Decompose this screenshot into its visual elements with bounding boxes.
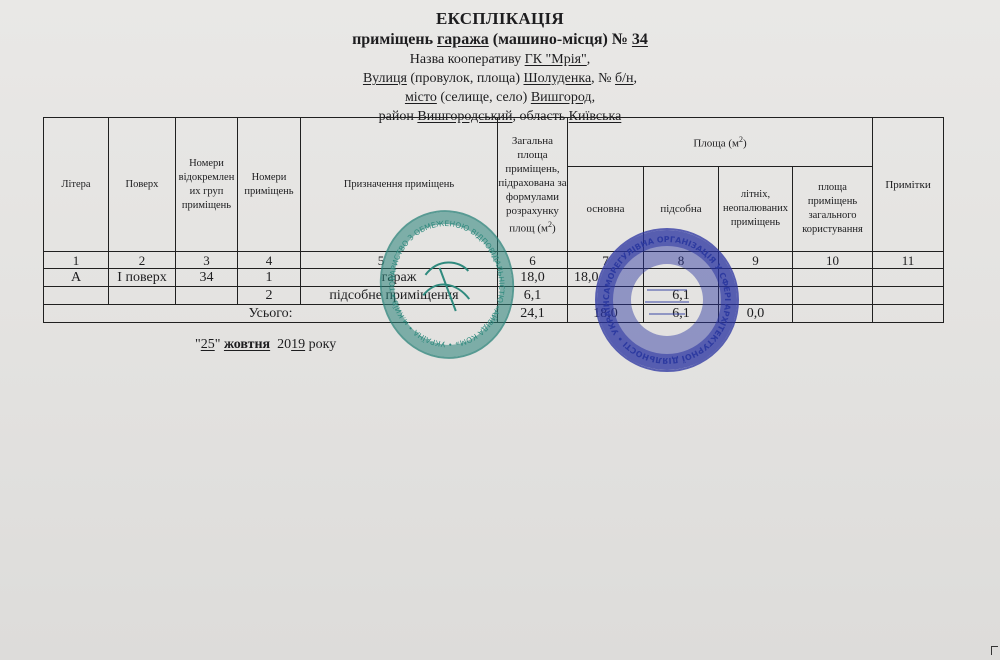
cell-summer: [719, 269, 793, 287]
street-no-label: , №: [591, 71, 615, 86]
punct: ,: [634, 71, 638, 86]
cell-purpose: підсобне приміщення: [301, 287, 498, 305]
cell-floor: I поверх: [109, 269, 176, 287]
street-number: б/н: [615, 71, 634, 86]
cell-summer: 0,0: [719, 305, 793, 323]
header-litera: Літера: [44, 118, 109, 252]
explication-table: Літера Поверх Номери відокремлен их груп…: [43, 117, 944, 323]
cell-group: 34: [176, 269, 238, 287]
street-line: Вулиця (провулок, площа) Шолуденка, № б/…: [250, 69, 750, 88]
street-label: Вулиця: [363, 71, 407, 86]
cell-common: [793, 287, 873, 305]
document-title: ЕКСПЛІКАЦІЯ: [250, 8, 750, 30]
col-num: 5: [301, 252, 498, 269]
col-num: 3: [176, 252, 238, 269]
cell-litera: А: [44, 269, 109, 287]
city-label: місто: [405, 90, 437, 105]
table-row: 2 підсобне приміщення 6,1 6,1: [44, 287, 944, 305]
paren: ): [552, 222, 556, 234]
premises-type: гаража: [437, 31, 489, 48]
total-row: Усього: 24,1 18,0 6,1 0,0: [44, 305, 944, 323]
corner-mark: [991, 646, 998, 655]
cell-main: [568, 287, 644, 305]
col-num: 2: [109, 252, 176, 269]
col-num: 11: [873, 252, 944, 269]
cell-summer: [719, 287, 793, 305]
cell-notes: [873, 287, 944, 305]
city-name: Вишгород: [531, 90, 592, 105]
col-num: 10: [793, 252, 873, 269]
date-year-suffix: 19: [291, 337, 305, 352]
table-row: А I поверх 34 1 гараж 18,0 18,0: [44, 269, 944, 287]
header-floor: Поверх: [109, 118, 176, 252]
cell-aux: 6,1: [644, 305, 719, 323]
city-mid: (селище, село): [437, 90, 531, 105]
cell-aux: [644, 269, 719, 287]
date-word: року: [309, 337, 337, 352]
cell-room: 1: [238, 269, 301, 287]
header-row: Літера Поверх Номери відокремлен их груп…: [44, 118, 944, 167]
header-auxiliary: підсобна: [644, 167, 719, 252]
subtitle-prefix: приміщень: [352, 31, 437, 48]
street-mid: (провулок, площа): [407, 71, 524, 86]
header-purpose: Призначення приміщень: [301, 118, 498, 252]
col-num: 1: [44, 252, 109, 269]
header-main: основна: [568, 167, 644, 252]
paren: ): [743, 138, 747, 150]
date-month: жовтня: [224, 337, 270, 352]
punct: ,: [592, 90, 596, 105]
document-date: "25" жовтня 2019 року: [195, 337, 336, 353]
col-num: 8: [644, 252, 719, 269]
cell-total: 24,1: [498, 305, 568, 323]
col-num: 9: [719, 252, 793, 269]
punct: ,: [587, 52, 591, 67]
cell-notes: [873, 269, 944, 287]
date-day: 25: [201, 337, 215, 352]
cell-total: 6,1: [498, 287, 568, 305]
cell-litera: [44, 287, 109, 305]
header-notes: Примітки: [873, 118, 944, 252]
cell-main: 18,0: [568, 305, 644, 323]
city-line: місто (селище, село) Вишгород,: [250, 88, 750, 107]
col-num: 7: [568, 252, 644, 269]
cell-aux: 6,1: [644, 287, 719, 305]
document-subtitle: приміщень гаража (машино-місця) № 34: [250, 30, 750, 50]
header-area-group: Площа (м2): [568, 118, 873, 167]
document-header: ЕКСПЛІКАЦІЯ приміщень гаража (машино-міс…: [250, 8, 750, 126]
coop-name: ГК "Мрія": [525, 52, 587, 67]
cell-room: 2: [238, 287, 301, 305]
cell-common: [793, 305, 873, 323]
header-total-area: Загальна площа приміщень, підрахована за…: [498, 118, 568, 252]
date-year-prefix: 20: [277, 337, 291, 352]
coop-label: Назва кооперативу: [410, 52, 525, 67]
header-summer: літніх, неопалюваних приміщень: [719, 167, 793, 252]
total-area-label: Загальна площа приміщень, підрахована за…: [498, 135, 566, 235]
cell-purpose: гараж: [301, 269, 498, 287]
cell-floor: [109, 287, 176, 305]
cell-total: 18,0: [498, 269, 568, 287]
col-num: 6: [498, 252, 568, 269]
col-num: 4: [238, 252, 301, 269]
column-number-row: 1 2 3 4 5 6 7 8 9 10 11: [44, 252, 944, 269]
cell-common: [793, 269, 873, 287]
header-room-numbers: Номери приміщень: [238, 118, 301, 252]
area-group-label: Площа (м: [693, 138, 739, 150]
header-common: площа приміщень загального користування: [793, 167, 873, 252]
subtitle-mid: (машино-місця) №: [489, 31, 632, 48]
coop-line: Назва кооперативу ГК "Мрія",: [250, 50, 750, 69]
garage-number: 34: [632, 31, 648, 48]
cell-notes: [873, 305, 944, 323]
street-name: Шолуденка: [523, 71, 591, 86]
total-label: Усього:: [44, 305, 498, 323]
cell-group: [176, 287, 238, 305]
header-group-numbers: Номери відокремлен их груп приміщень: [176, 118, 238, 252]
cell-main: 18,0: [568, 269, 644, 287]
